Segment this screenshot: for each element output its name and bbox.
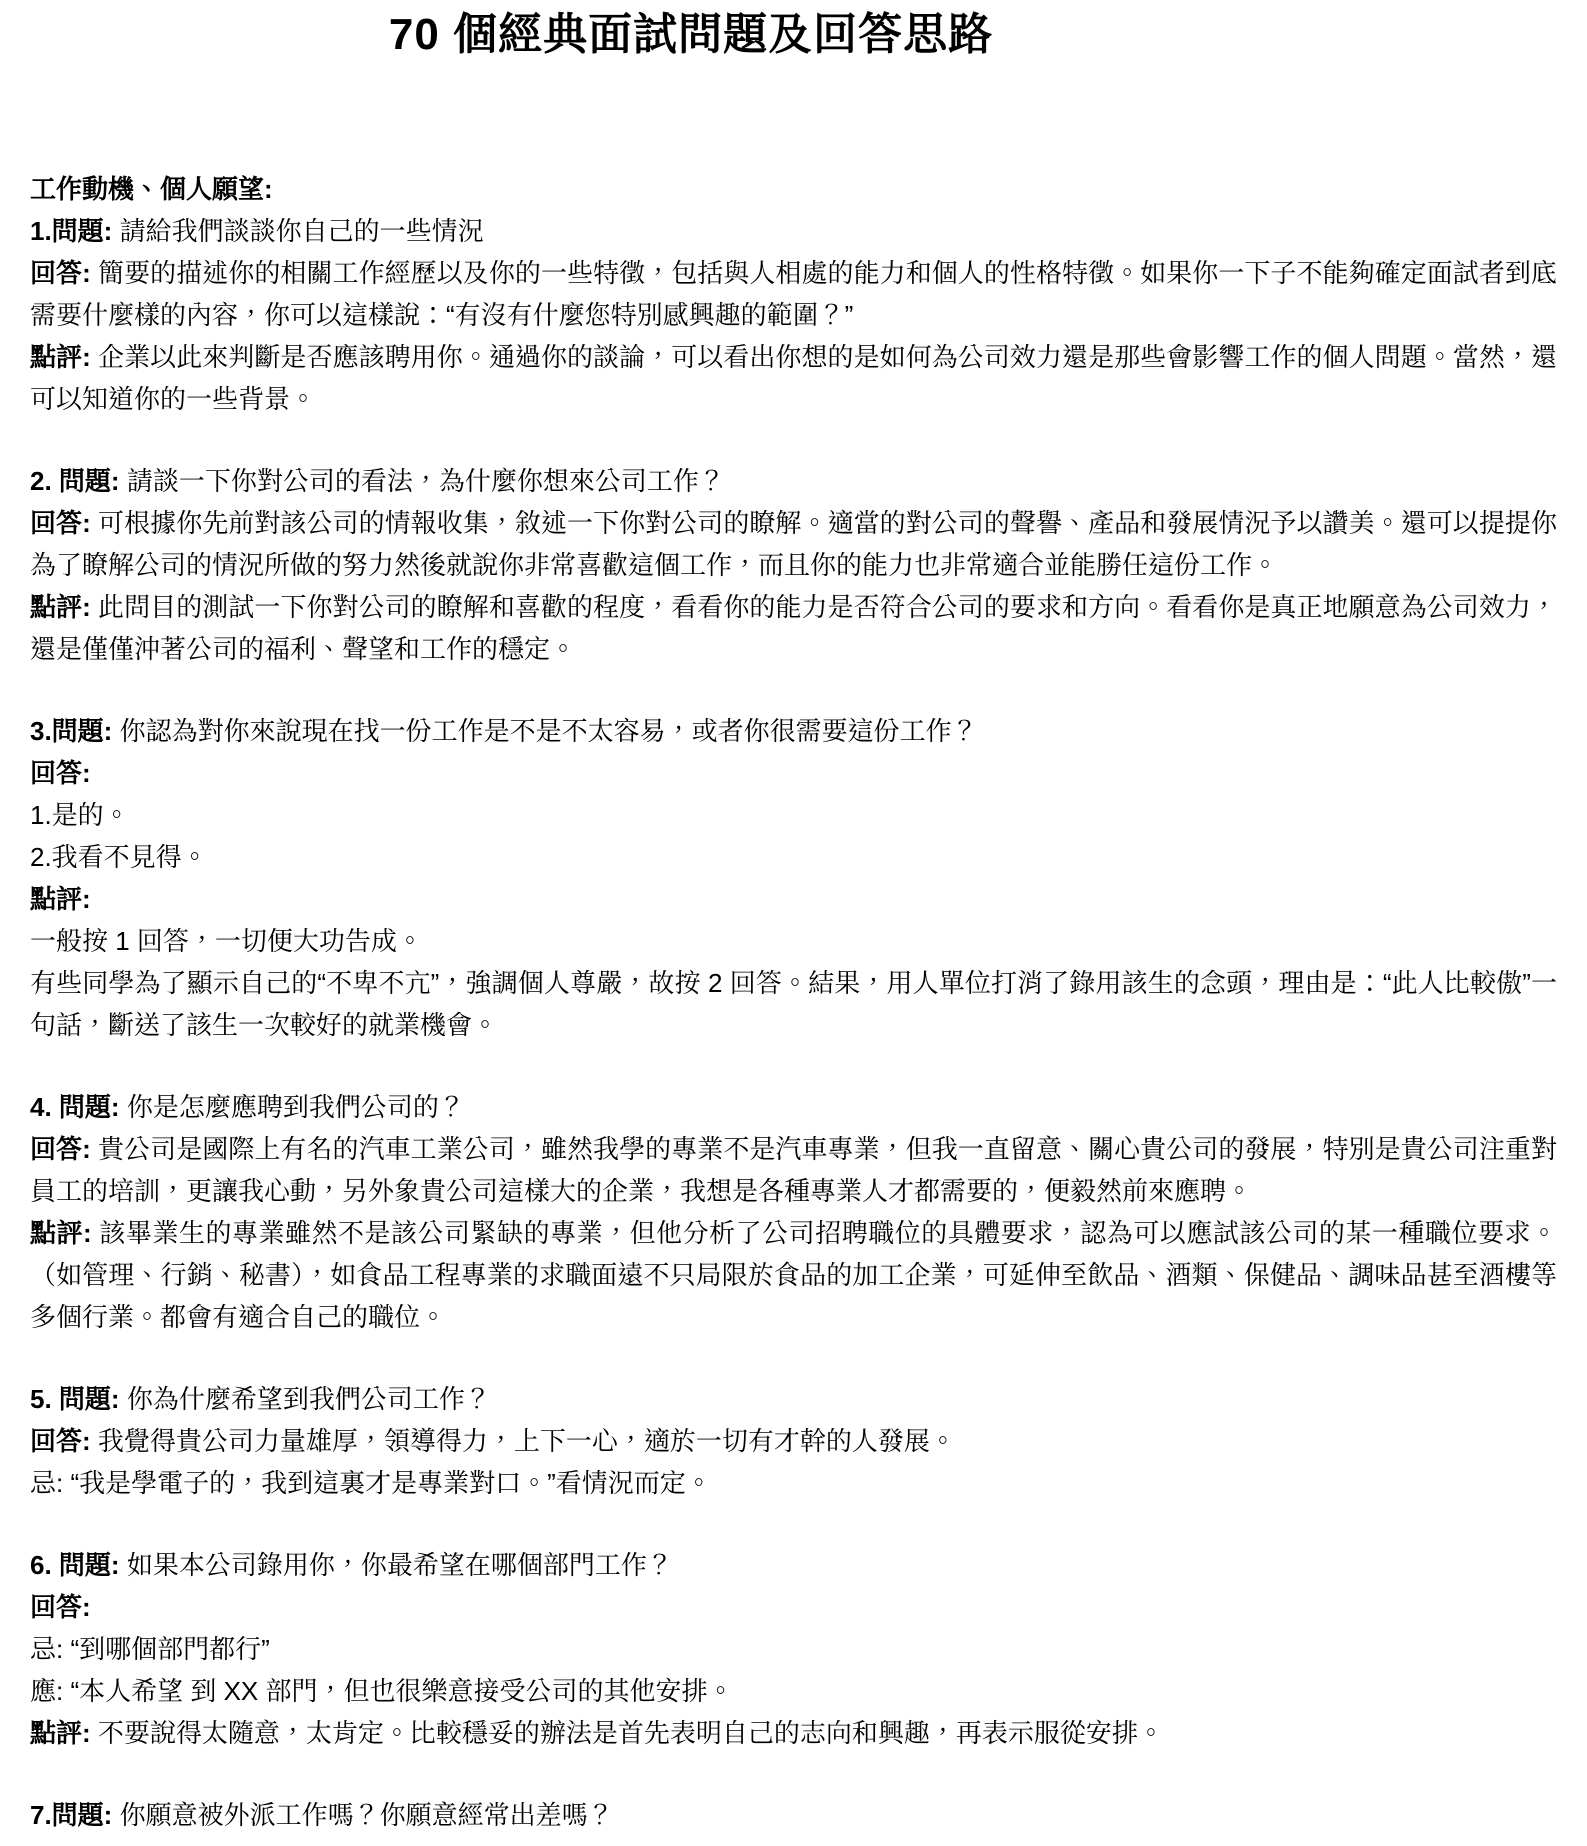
qa-line: 忌: “到哪個部門都行” xyxy=(30,1628,1557,1670)
qa-line-label: 回答: xyxy=(30,258,91,288)
qa-line: 點評: 不要說得太隨意，太肯定。比較穩妥的辦法是首先表明自己的志向和興趣，再表示… xyxy=(30,1712,1557,1754)
qa-line-label: 回答: xyxy=(30,508,91,538)
qa-line-text: 簡要的描述你的相關工作經歷以及你的一些特徵，包括與人相處的能力和個人的性格特徵。… xyxy=(30,258,1557,330)
qa-line-label: 點評: xyxy=(30,342,91,372)
qa-line-label: 5. 問題: xyxy=(30,1384,120,1414)
qa-line-text: 請談一下你對公司的看法，為什麼你想來公司工作？ xyxy=(127,466,725,496)
qa-line-label: 忌: xyxy=(30,1634,63,1664)
qa-line-label: 4. 問題: xyxy=(30,1092,120,1122)
qa-item-3: 3.問題: 你認為對你來說現在找一份工作是不是不太容易，或者你很需要這份工作？回… xyxy=(30,710,1557,1046)
qa-line: 點評: 該畢業生的專業雖然不是該公司緊缺的專業，但他分析了公司招聘職位的具體要求… xyxy=(30,1212,1557,1338)
qa-line: 2. 問題: 請談一下你對公司的看法，為什麼你想來公司工作？ xyxy=(30,460,1557,502)
qa-line-text: 你為什麼希望到我們公司工作？ xyxy=(127,1384,491,1414)
qa-line-text: 企業以此來判斷是否應該聘用你。通過你的談論，可以看出你想的是如何為公司效力還是那… xyxy=(30,342,1557,414)
qa-line-label: 7.問題: xyxy=(30,1800,112,1830)
qa-line-text: 一般按 1 回答，一切便大功告成。 xyxy=(30,926,423,956)
qa-line-text: 可根據你先前對該公司的情報收集，敘述一下你對公司的瞭解。適當的對公司的聲譽、產品… xyxy=(30,508,1557,580)
qa-line-text: 該畢業生的專業雖然不是該公司緊缺的專業，但他分析了公司招聘職位的具體要求，認為可… xyxy=(30,1218,1557,1332)
qa-line: 有些同學為了顯示自己的“不卑不亢”，強調個人尊嚴，故按 2 回答。結果，用人單位… xyxy=(30,962,1557,1046)
qa-line-label: 6. 問題: xyxy=(30,1550,120,1580)
qa-line: 一般按 1 回答，一切便大功告成。 xyxy=(30,920,1557,962)
qa-line: 點評: 此問目的測試一下你對公司的瞭解和喜歡的程度，看看你的能力是否符合公司的要… xyxy=(30,586,1557,670)
qa-line: 應: “本人希望 到 XX 部門，但也很樂意接受公司的其他安排。 xyxy=(30,1670,1557,1712)
qa-list: 1.問題: 請給我們談談你自己的一些情況回答: 簡要的描述你的相關工作經歷以及你… xyxy=(30,210,1557,1836)
qa-item-2: 2. 問題: 請談一下你對公司的看法，為什麼你想來公司工作？回答: 可根據你先前… xyxy=(30,460,1557,670)
qa-item-4: 4. 問題: 你是怎麼應聘到我們公司的？回答: 貴公司是國際上有名的汽車工業公司… xyxy=(30,1086,1557,1338)
qa-line-label: 點評: xyxy=(30,884,91,914)
qa-line-text: 此問目的測試一下你對公司的瞭解和喜歡的程度，看看你的能力是否符合公司的要求和方向… xyxy=(30,592,1557,664)
document-page: 70 個經典面試問題及回答思路 工作動機、個人願望: 1.問題: 請給我們談談你… xyxy=(0,0,1587,1846)
qa-line: 1.是的。 xyxy=(30,794,1557,836)
qa-line-text: 1.是的。 xyxy=(30,800,130,830)
qa-line-text: “到哪個部門都行” xyxy=(70,1634,269,1664)
qa-line-label: 回答: xyxy=(30,758,91,788)
qa-line: 回答: xyxy=(30,1586,1557,1628)
qa-line: 回答: xyxy=(30,752,1557,794)
qa-line-text: 2.我看不見得。 xyxy=(30,842,208,872)
qa-line: 回答: 我覺得貴公司力量雄厚，領導得力，上下一心，適於一切有才幹的人發展。 xyxy=(30,1420,1557,1462)
qa-line: 點評: 企業以此來判斷是否應該聘用你。通過你的談論，可以看出你想的是如何為公司效… xyxy=(30,336,1557,420)
qa-line-label: 3.問題: xyxy=(30,716,112,746)
qa-line-text: 如果本公司錄用你，你最希望在哪個部門工作？ xyxy=(127,1550,673,1580)
qa-line: 7.問題: 你願意被外派工作嗎？你願意經常出差嗎？ xyxy=(30,1794,1557,1836)
qa-line-text: 不要說得太隨意，太肯定。比較穩妥的辦法是首先表明自己的志向和興趣，再表示服從安排… xyxy=(98,1718,1164,1748)
qa-line-label: 點評: xyxy=(30,1218,92,1248)
qa-line: 2.我看不見得。 xyxy=(30,836,1557,878)
qa-line: 點評: xyxy=(30,878,1557,920)
qa-item-7: 7.問題: 你願意被外派工作嗎？你願意經常出差嗎？ xyxy=(30,1794,1557,1836)
qa-line-label: 忌: xyxy=(30,1468,63,1498)
qa-line: 忌: “我是學電子的，我到這裏才是專業對口。”看情況而定。 xyxy=(30,1462,1557,1504)
qa-line-label: 1.問題: xyxy=(30,216,112,246)
qa-line-text: “我是學電子的，我到這裏才是專業對口。”看情況而定。 xyxy=(70,1468,711,1498)
qa-line-label: 2. 問題: xyxy=(30,466,120,496)
qa-line: 回答: 簡要的描述你的相關工作經歷以及你的一些特徵，包括與人相處的能力和個人的性… xyxy=(30,252,1557,336)
qa-item-1: 1.問題: 請給我們談談你自己的一些情況回答: 簡要的描述你的相關工作經歷以及你… xyxy=(30,210,1557,420)
qa-line-label: 點評: xyxy=(30,592,91,622)
qa-line: 6. 問題: 如果本公司錄用你，你最希望在哪個部門工作？ xyxy=(30,1544,1557,1586)
qa-line: 5. 問題: 你為什麼希望到我們公司工作？ xyxy=(30,1378,1557,1420)
qa-line: 回答: 可根據你先前對該公司的情報收集，敘述一下你對公司的瞭解。適當的對公司的聲… xyxy=(30,502,1557,586)
qa-line-text: 你認為對你來說現在找一份工作是不是不太容易，或者你很需要這份工作？ xyxy=(120,716,978,746)
qa-line-text: 貴公司是國際上有名的汽車工業公司，雖然我學的專業不是汽車專業，但我一直留意、關心… xyxy=(30,1134,1557,1206)
document-title: 70 個經典面試問題及回答思路 xyxy=(30,6,1557,64)
qa-line-text: 有些同學為了顯示自己的“不卑不亢”，強調個人尊嚴，故按 2 回答。結果，用人單位… xyxy=(30,968,1557,1040)
qa-line: 4. 問題: 你是怎麼應聘到我們公司的？ xyxy=(30,1086,1557,1128)
section-heading: 工作動機、個人願望: xyxy=(30,168,1557,210)
qa-line: 1.問題: 請給我們談談你自己的一些情況 xyxy=(30,210,1557,252)
qa-item-6: 6. 問題: 如果本公司錄用你，你最希望在哪個部門工作？回答: 忌: “到哪個部… xyxy=(30,1544,1557,1754)
qa-line-label: 回答: xyxy=(30,1592,91,1622)
qa-line-label: 回答: xyxy=(30,1134,91,1164)
qa-line: 回答: 貴公司是國際上有名的汽車工業公司，雖然我學的專業不是汽車專業，但我一直留… xyxy=(30,1128,1557,1212)
qa-line-text: 你願意被外派工作嗎？你願意經常出差嗎？ xyxy=(120,1800,614,1830)
qa-line-text: 請給我們談談你自己的一些情況 xyxy=(120,216,484,246)
qa-line-text: “本人希望 到 XX 部門，但也很樂意接受公司的其他安排。 xyxy=(70,1676,733,1706)
qa-line-label: 點評: xyxy=(30,1718,91,1748)
qa-line-text: 我覺得貴公司力量雄厚，領導得力，上下一心，適於一切有才幹的人發展。 xyxy=(98,1426,956,1456)
qa-line-label: 應: xyxy=(30,1676,63,1706)
qa-line-label: 回答: xyxy=(30,1426,91,1456)
qa-line: 3.問題: 你認為對你來說現在找一份工作是不是不太容易，或者你很需要這份工作？ xyxy=(30,710,1557,752)
qa-line-text: 你是怎麼應聘到我們公司的？ xyxy=(127,1092,465,1122)
qa-item-5: 5. 問題: 你為什麼希望到我們公司工作？回答: 我覺得貴公司力量雄厚，領導得力… xyxy=(30,1378,1557,1504)
